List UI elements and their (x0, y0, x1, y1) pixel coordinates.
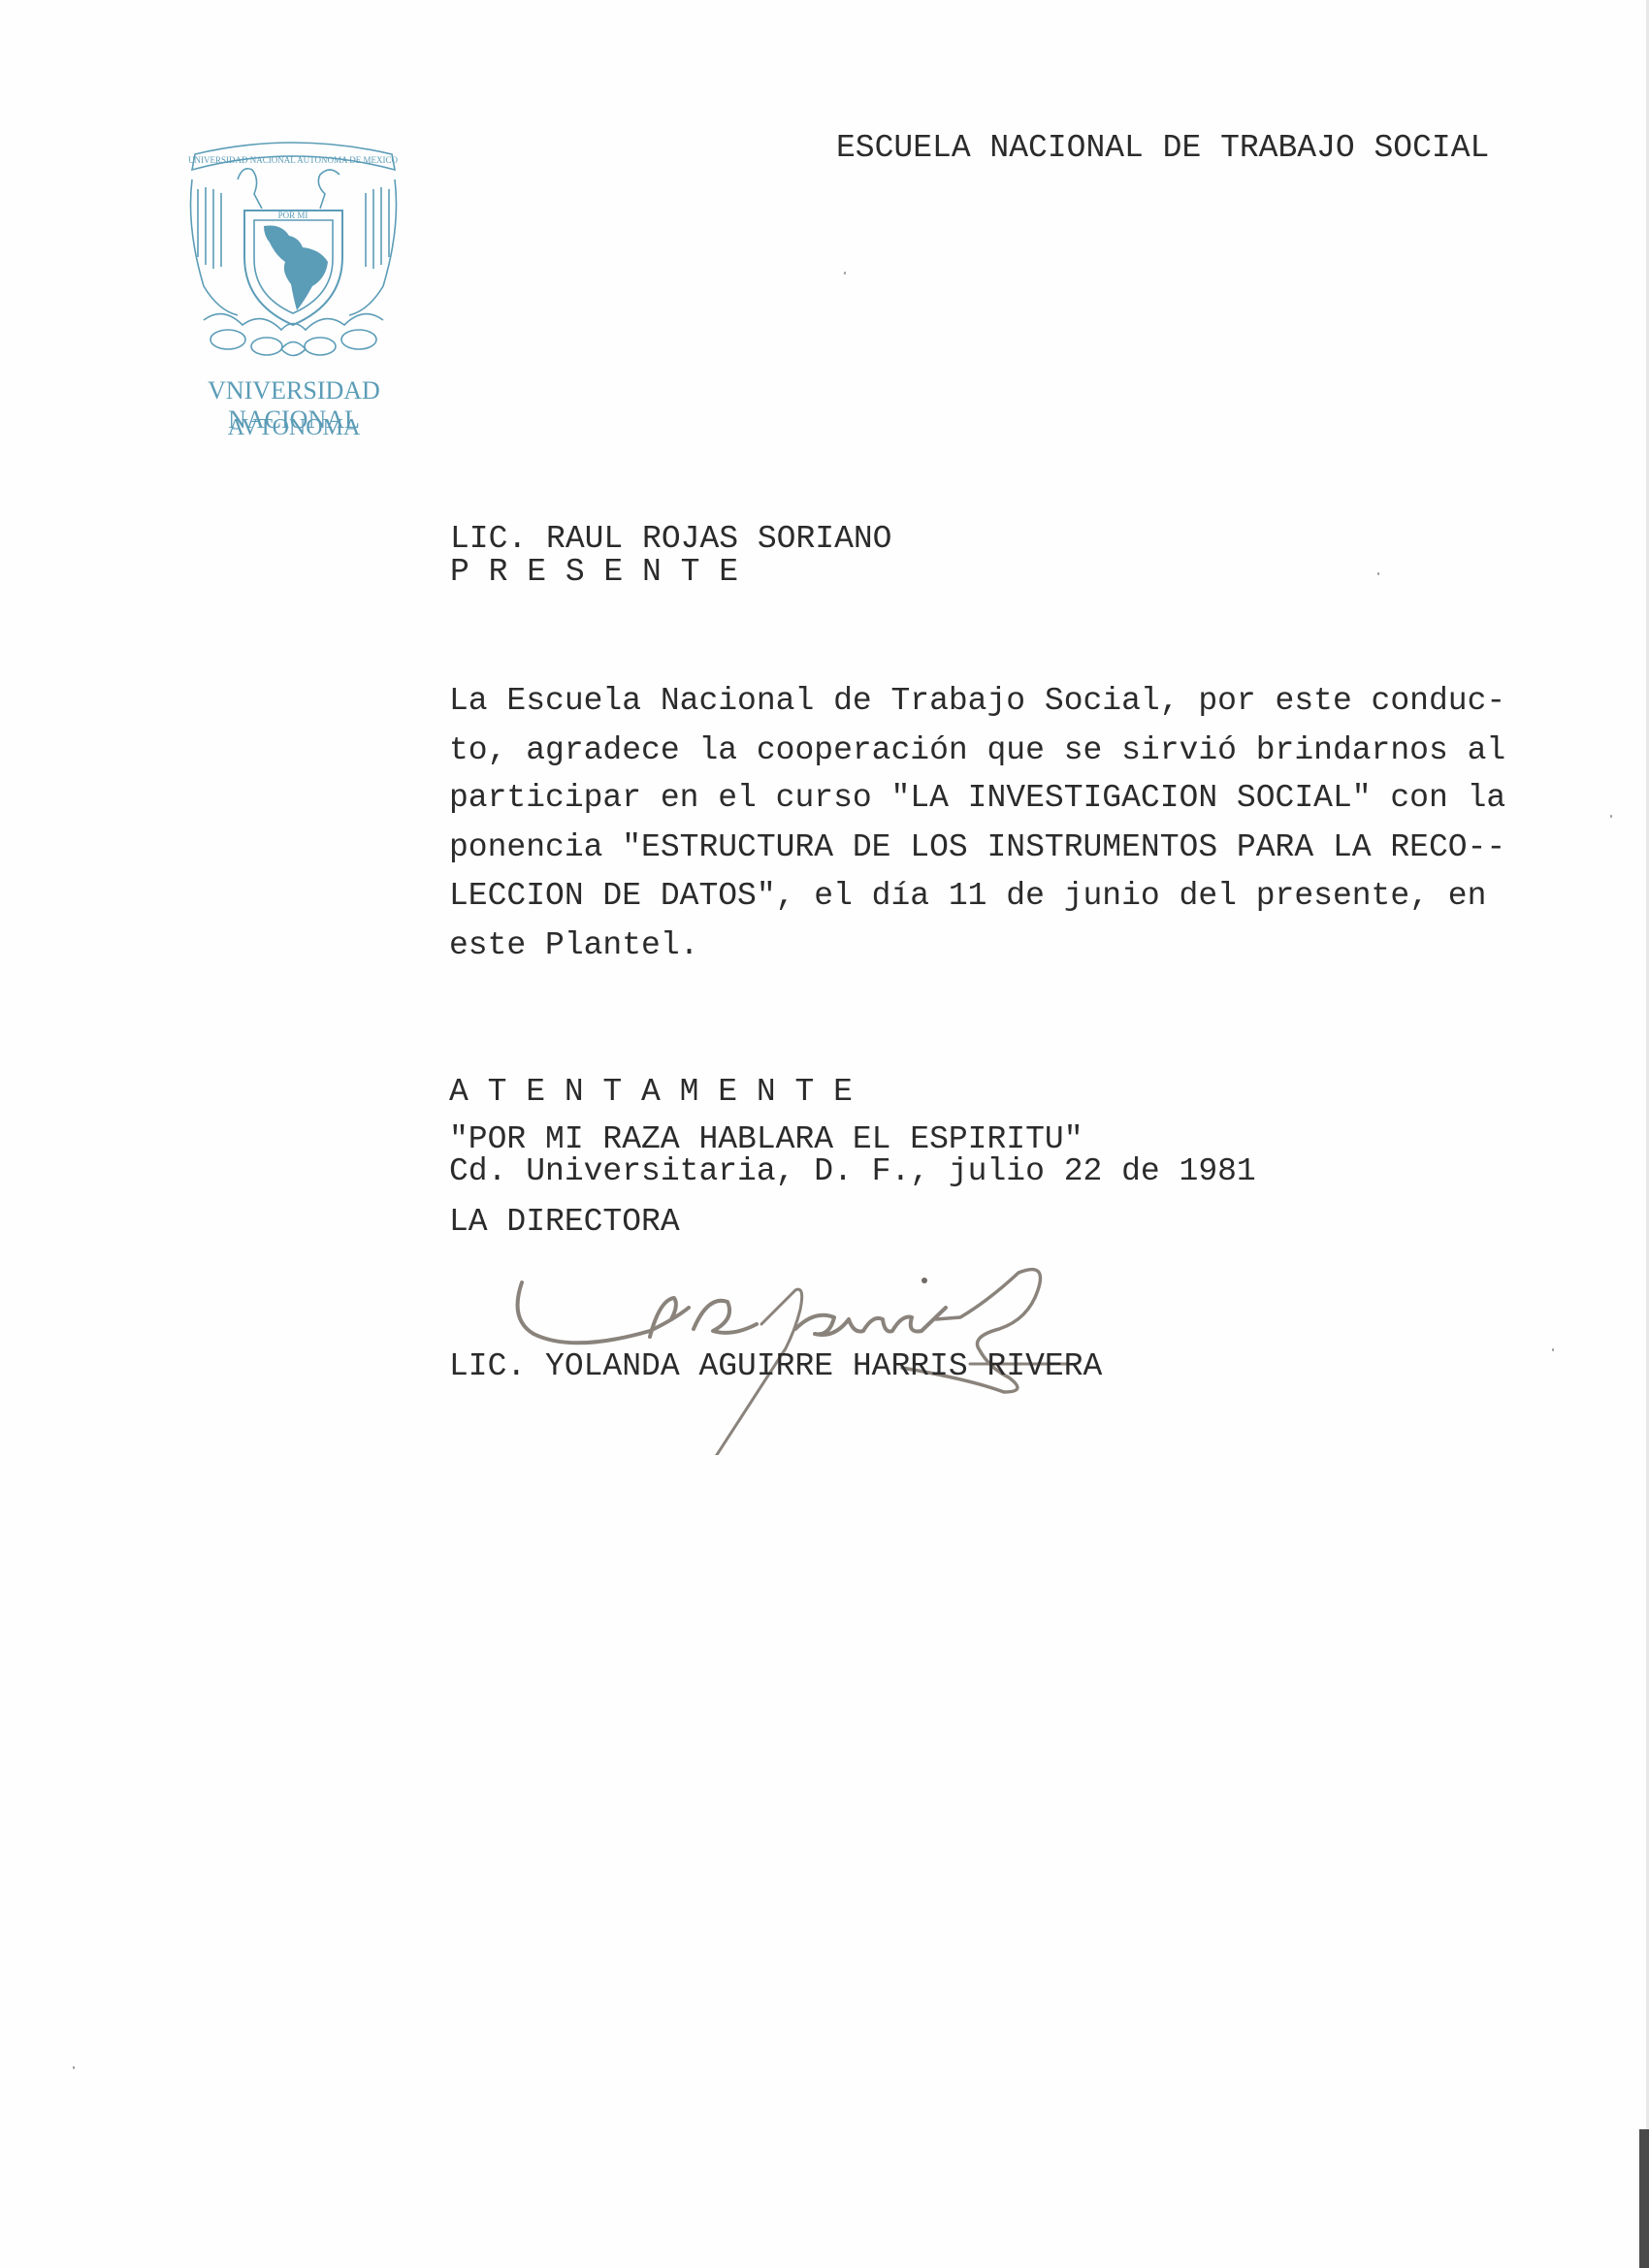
paper-speck (1377, 572, 1379, 575)
letter-page: UNIVERSIDAD NACIONAL AUTONOMA DE MEXICO … (0, 0, 1649, 2268)
body-line: La Escuela Nacional de Trabajo Social, p… (449, 685, 1505, 717)
body-line: este Plantel. (449, 929, 698, 961)
closing-role: LA DIRECTORA (449, 1206, 680, 1238)
paper-speck (73, 2066, 75, 2069)
body-line: LECCION DE DATOS", el día 11 de junio de… (449, 880, 1486, 912)
paper-speck (844, 272, 846, 275)
body-line: to, agradece la cooperación que se sirvi… (449, 734, 1505, 766)
closing-atentamente: A T E N T A M E N T E (449, 1076, 853, 1108)
scan-edge-shadow (1639, 2129, 1649, 2268)
seal-ring-text: UNIVERSIDAD NACIONAL AUTONOMA DE MEXICO (188, 155, 398, 165)
school-name-header: ESCUELA NACIONAL DE TRABAJO SOCIAL (836, 132, 1489, 164)
body-line: participar en el curso "LA INVESTIGACION… (449, 782, 1505, 814)
university-name-sub: AVTONOMA (163, 415, 425, 441)
seal-shield-top-text: POR MI (278, 211, 308, 220)
paper-speck (1610, 815, 1612, 818)
recipient-name: LIC. RAUL ROJAS SORIANO (450, 523, 891, 555)
closing-place-date: Cd. Universitaria, D. F., julio 22 de 19… (449, 1155, 1256, 1187)
body-line: ponencia "ESTRUCTURA DE LOS INSTRUMENTOS… (449, 831, 1505, 863)
signer-name: LIC. YOLANDA AGUIRRE HARRIS RIVERA (449, 1350, 1102, 1382)
recipient-presente: P R E S E N T E (450, 556, 738, 588)
paper-speck (1552, 1348, 1554, 1351)
unam-seal-icon: UNIVERSIDAD NACIONAL AUTONOMA DE MEXICO … (184, 141, 403, 366)
closing-motto: "POR MI RAZA HABLARA EL ESPIRITU" (449, 1123, 1083, 1155)
